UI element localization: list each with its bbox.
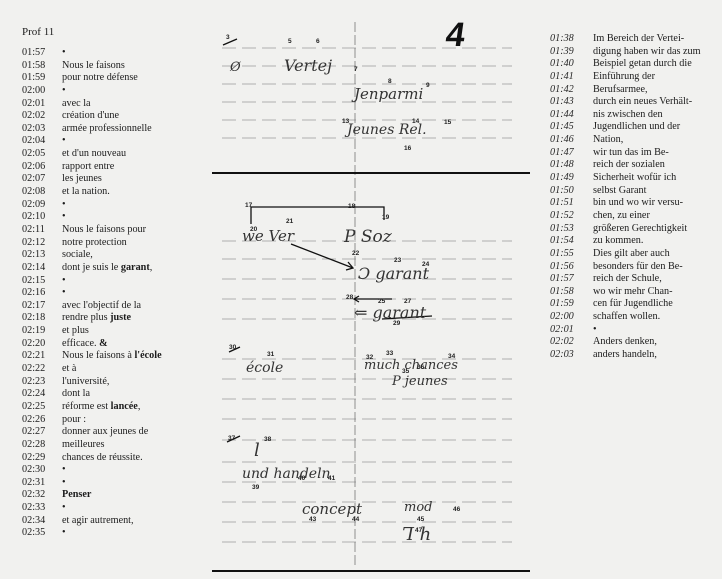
transcript-text: pour : xyxy=(62,414,86,427)
transcript-text: • xyxy=(62,275,66,288)
transcript-text: wo wir mehr Chan- xyxy=(593,286,673,299)
transcript-text: digung haben wir das zum xyxy=(593,46,701,59)
transcript-text: création d'une xyxy=(62,110,119,123)
timecode: 02:02 xyxy=(22,110,62,123)
french-line: 02:11Nous le faisons pour xyxy=(22,224,162,237)
note-marker-number: 34 xyxy=(448,353,455,360)
timecode: 02:04 xyxy=(22,135,62,148)
french-line: 02:05et d'un nouveau xyxy=(22,148,162,161)
german-line: 02:01• xyxy=(550,324,701,337)
german-line: 01:45Jugendlichen und der xyxy=(550,121,701,134)
note-marker-number: 17 xyxy=(245,202,252,209)
transcript-text: avec l'objectif de la xyxy=(62,300,141,313)
timecode: 01:44 xyxy=(550,109,593,122)
transcript-text: et à xyxy=(62,363,76,376)
timecode: 01:45 xyxy=(550,121,593,134)
handwritten-note: ⇐ garant xyxy=(354,303,426,322)
note-marker-number: 9 xyxy=(426,82,430,89)
timecode: 02:15 xyxy=(22,275,62,288)
german-line: 02:02Anders denken, xyxy=(550,336,701,349)
timecode: 01:50 xyxy=(550,185,593,198)
timecode: 02:33 xyxy=(22,502,62,515)
german-line: 01:38Im Bereich der Vertei- xyxy=(550,33,701,46)
french-line: 02:25réforme est lancée, xyxy=(22,401,162,414)
note-marker-number: 23 xyxy=(394,257,401,264)
timecode: 01:57 xyxy=(22,47,62,60)
transcript-text: Sicherheit wofür ich xyxy=(593,172,676,185)
timecode: 02:19 xyxy=(22,325,62,338)
note-marker-number: 38 xyxy=(264,436,271,443)
transcript-text: Dies gilt aber auch xyxy=(593,248,670,261)
timecode: 01:48 xyxy=(550,159,593,172)
note-marker-number: 16 xyxy=(404,145,411,152)
french-line: 02:10• xyxy=(22,211,162,224)
timecode: 02:11 xyxy=(22,224,62,237)
french-line: 02:24dont la xyxy=(22,388,162,401)
handwritten-note: P jeunes xyxy=(392,374,448,389)
german-line: 01:50selbst Garant xyxy=(550,185,701,198)
transcript-text: l'université, xyxy=(62,376,109,389)
page-label: Prof 11 xyxy=(22,26,54,38)
transcript-text: • xyxy=(62,47,66,60)
timecode: 01:58 xyxy=(550,286,593,299)
transcript-text: Im Bereich der Vertei- xyxy=(593,33,684,46)
handwritten-note: Vertej xyxy=(284,56,332,75)
timecode: 01:52 xyxy=(550,210,593,223)
timecode: 02:01 xyxy=(550,324,593,337)
french-line: 02:14dont je suis le garant, xyxy=(22,262,162,275)
german-line: 01:51bin und wo wir versu- xyxy=(550,197,701,210)
transcript-text: selbst Garant xyxy=(593,185,646,198)
french-line: 02:03armée professionnelle xyxy=(22,123,162,136)
timecode: 02:25 xyxy=(22,401,62,414)
french-line: 02:08et la nation. xyxy=(22,186,162,199)
transcript-text: cen für Jugendliche xyxy=(593,298,673,311)
timecode: 02:10 xyxy=(22,211,62,224)
timecode: 02:24 xyxy=(22,388,62,401)
note-marker-number: 32 xyxy=(366,354,373,361)
transcript-text: armée professionnelle xyxy=(62,123,152,136)
handwritten-note: P Soz xyxy=(344,227,392,247)
transcript-text: réforme est lancée, xyxy=(62,401,140,414)
german-line: 01:55Dies gilt aber auch xyxy=(550,248,701,261)
french-line: 02:30• xyxy=(22,464,162,477)
transcript-text: durch ein neues Verhält- xyxy=(593,96,692,109)
transcript-text: dont je suis le garant, xyxy=(62,262,152,275)
transcript-text: pour notre défense xyxy=(62,72,138,85)
transcript-text: et la nation. xyxy=(62,186,110,199)
french-line: 02:01avec la xyxy=(22,98,162,111)
timecode: 02:13 xyxy=(22,249,62,262)
transcript-text: chances de réussite. xyxy=(62,452,143,465)
timecode: 02:21 xyxy=(22,350,62,363)
french-line: 02:06rapport entre xyxy=(22,161,162,174)
timecode: 02:35 xyxy=(22,527,62,540)
french-line: 02:02création d'une xyxy=(22,110,162,123)
transcript-text: reich der Schule, xyxy=(593,273,662,286)
transcript-text: Nation, xyxy=(593,134,623,147)
german-line: 01:48reich der sozialen xyxy=(550,159,701,172)
french-line: 02:23l'université, xyxy=(22,376,162,389)
french-line: 02:31• xyxy=(22,477,162,490)
timecode: 02:07 xyxy=(22,173,62,186)
timecode: 01:55 xyxy=(550,248,593,261)
handwritten-note: Ɔ garant xyxy=(358,264,429,283)
french-line: 01:58Nous le faisons xyxy=(22,60,162,73)
french-line: 02:13sociale, xyxy=(22,249,162,262)
handwritten-note: école xyxy=(246,360,283,376)
timecode: 01:41 xyxy=(550,71,593,84)
french-line: 02:19et plus xyxy=(22,325,162,338)
note-marker-number: 28 xyxy=(346,294,353,301)
german-line: 02:03anders handeln, xyxy=(550,349,701,362)
french-line: 01:59pour notre défense xyxy=(22,72,162,85)
note-marker-number: 21 xyxy=(286,218,293,225)
french-line: 01:57• xyxy=(22,47,162,60)
note-marker-number: 15 xyxy=(444,119,451,126)
french-line: 02:33• xyxy=(22,502,162,515)
german-line: 01:52chen, zu einer xyxy=(550,210,701,223)
note-marker-number: 33 xyxy=(386,350,393,357)
transcript-text: • xyxy=(62,287,66,300)
timecode: 01:57 xyxy=(550,273,593,286)
timecode: 01:39 xyxy=(550,46,593,59)
transcript-text: et plus xyxy=(62,325,89,338)
timecode: 02:29 xyxy=(22,452,62,465)
timecode: 02:06 xyxy=(22,161,62,174)
german-line: 01:39digung haben wir das zum xyxy=(550,46,701,59)
handwritten-note: und handeln xyxy=(242,466,331,482)
transcript-text: et d'un nouveau xyxy=(62,148,126,161)
french-line: 02:27donner aux jeunes de xyxy=(22,426,162,439)
timecode: 02:00 xyxy=(22,85,62,98)
timecode: 01:43 xyxy=(550,96,593,109)
note-marker-number: 3 xyxy=(226,34,230,41)
transcript-text: anders handeln, xyxy=(593,349,657,362)
french-line: 02:15• xyxy=(22,275,162,288)
note-marker-number: 14 xyxy=(412,118,419,125)
german-line: 01:41Einführung der xyxy=(550,71,701,84)
notepad-lines xyxy=(212,22,530,579)
timecode: 02:34 xyxy=(22,515,62,528)
transcript-text: • xyxy=(62,464,66,477)
german-line: 01:59cen für Jugendliche xyxy=(550,298,701,311)
french-line: 02:26pour : xyxy=(22,414,162,427)
french-line: 02:09• xyxy=(22,199,162,212)
timecode: 02:30 xyxy=(22,464,62,477)
transcript-text: schaffen wollen. xyxy=(593,311,660,324)
timecode: 02:03 xyxy=(550,349,593,362)
transcript-text: meilleures xyxy=(62,439,104,452)
note-marker-number: 22 xyxy=(352,250,359,257)
german-line: 01:54zu kommen. xyxy=(550,235,701,248)
transcript-text: Einführung der xyxy=(593,71,655,84)
note-marker-number: 13 xyxy=(342,118,349,125)
transcript-text: Jugendlichen und der xyxy=(593,121,680,134)
french-line: 02:21Nous le faisons à l'école xyxy=(22,350,162,363)
transcript-text: donner aux jeunes de xyxy=(62,426,148,439)
transcript-text: Nous le faisons xyxy=(62,60,125,73)
timecode: 01:59 xyxy=(22,72,62,85)
german-transcript-column: 01:38Im Bereich der Vertei-01:39digung h… xyxy=(550,33,701,362)
french-transcript-column: 01:57•01:58Nous le faisons01:59pour notr… xyxy=(22,47,162,540)
note-marker-number: 5 xyxy=(288,38,292,45)
transcript-text: bin und wo wir versu- xyxy=(593,197,683,210)
transcript-text: zu kommen. xyxy=(593,235,643,248)
transcript-text: • xyxy=(62,527,66,540)
timecode: 02:18 xyxy=(22,312,62,325)
note-marker-number: 20 xyxy=(250,226,257,233)
transcript-text: Beispiel getan durch die xyxy=(593,58,692,71)
timecode: 02:01 xyxy=(22,98,62,111)
note-marker-number: 36 xyxy=(417,364,424,371)
timecode: 02:22 xyxy=(22,363,62,376)
note-marker-number: 27 xyxy=(404,298,411,305)
transcript-text: • xyxy=(62,135,66,148)
note-marker-number: 31 xyxy=(267,351,274,358)
handwritten-note: l xyxy=(254,440,260,461)
timecode: 02:20 xyxy=(22,338,62,351)
transcript-text: Penser xyxy=(62,489,91,502)
transcript-text: Anders denken, xyxy=(593,336,657,349)
transcript-text: les jeunes xyxy=(62,173,102,186)
timecode: 02:26 xyxy=(22,414,62,427)
transcript-text: • xyxy=(62,211,66,224)
timecode: 02:08 xyxy=(22,186,62,199)
transcript-text: sociale, xyxy=(62,249,93,262)
french-line: 02:28meilleures xyxy=(22,439,162,452)
timecode: 02:16 xyxy=(22,287,62,300)
french-line: 02:17avec l'objectif de la xyxy=(22,300,162,313)
french-line: 02:22et à xyxy=(22,363,162,376)
note-marker-number: 47 xyxy=(415,527,422,534)
note-marker-number: 40 xyxy=(298,475,305,482)
interpreter-notes-area: 4 Ø Vertej Jenparmi Jeunes Rel. we Ver P… xyxy=(212,22,530,579)
handwritten-note: Ø xyxy=(230,60,241,75)
transcript-text: efficace. & xyxy=(62,338,108,351)
timecode: 01:59 xyxy=(550,298,593,311)
timecode: 01:38 xyxy=(550,33,593,46)
timecode: 01:47 xyxy=(550,147,593,160)
timecode: 02:17 xyxy=(22,300,62,313)
transcript-text: rendre plus juste xyxy=(62,312,131,325)
german-line: 01:58wo wir mehr Chan- xyxy=(550,286,701,299)
transcript-text: • xyxy=(62,85,66,98)
transcript-text: notre protection xyxy=(62,237,127,250)
french-line: 02:34et agir autrement, xyxy=(22,515,162,528)
note-marker-number: 19 xyxy=(382,214,389,221)
note-marker-number: 7 xyxy=(354,66,358,73)
transcript-text: • xyxy=(62,477,66,490)
timecode: 02:05 xyxy=(22,148,62,161)
timecode: 02:31 xyxy=(22,477,62,490)
transcript-text: et agir autrement, xyxy=(62,515,134,528)
french-line: 02:00• xyxy=(22,85,162,98)
french-line: 02:32Penser xyxy=(22,489,162,502)
transcript-text: wir tun das im Be- xyxy=(593,147,669,160)
note-marker-number: 44 xyxy=(352,516,359,523)
transcript-text: besonders für den Be- xyxy=(593,261,683,274)
timecode: 02:28 xyxy=(22,439,62,452)
timecode: 01:54 xyxy=(550,235,593,248)
french-line: 02:12notre protection xyxy=(22,237,162,250)
transcript-text: größeren Gerechtigkeit xyxy=(593,223,687,236)
german-line: 01:44nis zwischen den xyxy=(550,109,701,122)
note-marker-number: 18 xyxy=(348,203,355,210)
german-line: 01:53größeren Gerechtigkeit xyxy=(550,223,701,236)
note-marker-number: 39 xyxy=(252,484,259,491)
french-line: 02:18rendre plus juste xyxy=(22,312,162,325)
note-marker-number: 41 xyxy=(328,475,335,482)
transcript-text: Nous le faisons pour xyxy=(62,224,146,237)
timecode: 01:42 xyxy=(550,84,593,97)
transcript-text: nis zwischen den xyxy=(593,109,663,122)
note-marker-number: 46 xyxy=(453,506,460,513)
transcript-text: • xyxy=(62,502,66,515)
timecode: 01:58 xyxy=(22,60,62,73)
transcript-text: avec la xyxy=(62,98,91,111)
timecode: 02:00 xyxy=(550,311,593,324)
timecode: 02:32 xyxy=(22,489,62,502)
timecode: 02:12 xyxy=(22,237,62,250)
german-line: 01:42Berufsarmee, xyxy=(550,84,701,97)
timecode: 01:51 xyxy=(550,197,593,210)
german-line: 01:57reich der Schule, xyxy=(550,273,701,286)
timecode: 01:46 xyxy=(550,134,593,147)
german-line: 01:43durch ein neues Verhält- xyxy=(550,96,701,109)
french-line: 02:16• xyxy=(22,287,162,300)
note-marker-number: 45 xyxy=(417,516,424,523)
german-line: 01:40Beispiel getan durch die xyxy=(550,58,701,71)
timecode: 01:53 xyxy=(550,223,593,236)
german-line: 01:49Sicherheit wofür ich xyxy=(550,172,701,185)
german-line: 01:46Nation, xyxy=(550,134,701,147)
timecode: 02:09 xyxy=(22,199,62,212)
note-marker-number: 30 xyxy=(229,344,236,351)
french-line: 02:35• xyxy=(22,527,162,540)
note-marker-number: 24 xyxy=(422,261,429,268)
transcript-text: Berufsarmee, xyxy=(593,84,648,97)
timecode: 01:56 xyxy=(550,261,593,274)
handwritten-note: mod xyxy=(404,500,432,515)
handwritten-note: Jenparmi xyxy=(354,85,423,103)
transcript-text: • xyxy=(593,324,597,337)
timecode: 02:02 xyxy=(550,336,593,349)
french-line: 02:20efficace. & xyxy=(22,338,162,351)
transcript-text: reich der sozialen xyxy=(593,159,665,172)
french-line: 02:07les jeunes xyxy=(22,173,162,186)
french-line: 02:04• xyxy=(22,135,162,148)
handwritten-note: much chances xyxy=(364,358,458,373)
timecode: 02:27 xyxy=(22,426,62,439)
note-marker-number: 8 xyxy=(388,78,392,85)
german-line: 01:56besonders für den Be- xyxy=(550,261,701,274)
note-marker-number: 37 xyxy=(228,435,235,442)
timecode: 02:23 xyxy=(22,376,62,389)
timecode: 01:40 xyxy=(550,58,593,71)
timecode: 02:03 xyxy=(22,123,62,136)
timecode: 02:14 xyxy=(22,262,62,275)
transcript-text: • xyxy=(62,199,66,212)
transcript-text: dont la xyxy=(62,388,90,401)
french-line: 02:29chances de réussite. xyxy=(22,452,162,465)
note-marker-number: 6 xyxy=(316,38,320,45)
note-marker-number: 35 xyxy=(402,368,409,375)
note-marker-number: 29 xyxy=(393,320,400,327)
transcript-text: chen, zu einer xyxy=(593,210,650,223)
german-line: 01:47wir tun das im Be- xyxy=(550,147,701,160)
note-marker-number: 43 xyxy=(309,516,316,523)
transcript-text: Nous le faisons à l'école xyxy=(62,350,162,363)
note-marker-number: 25 xyxy=(378,298,385,305)
transcript-text: rapport entre xyxy=(62,161,114,174)
german-line: 02:00schaffen wollen. xyxy=(550,311,701,324)
timecode: 01:49 xyxy=(550,172,593,185)
